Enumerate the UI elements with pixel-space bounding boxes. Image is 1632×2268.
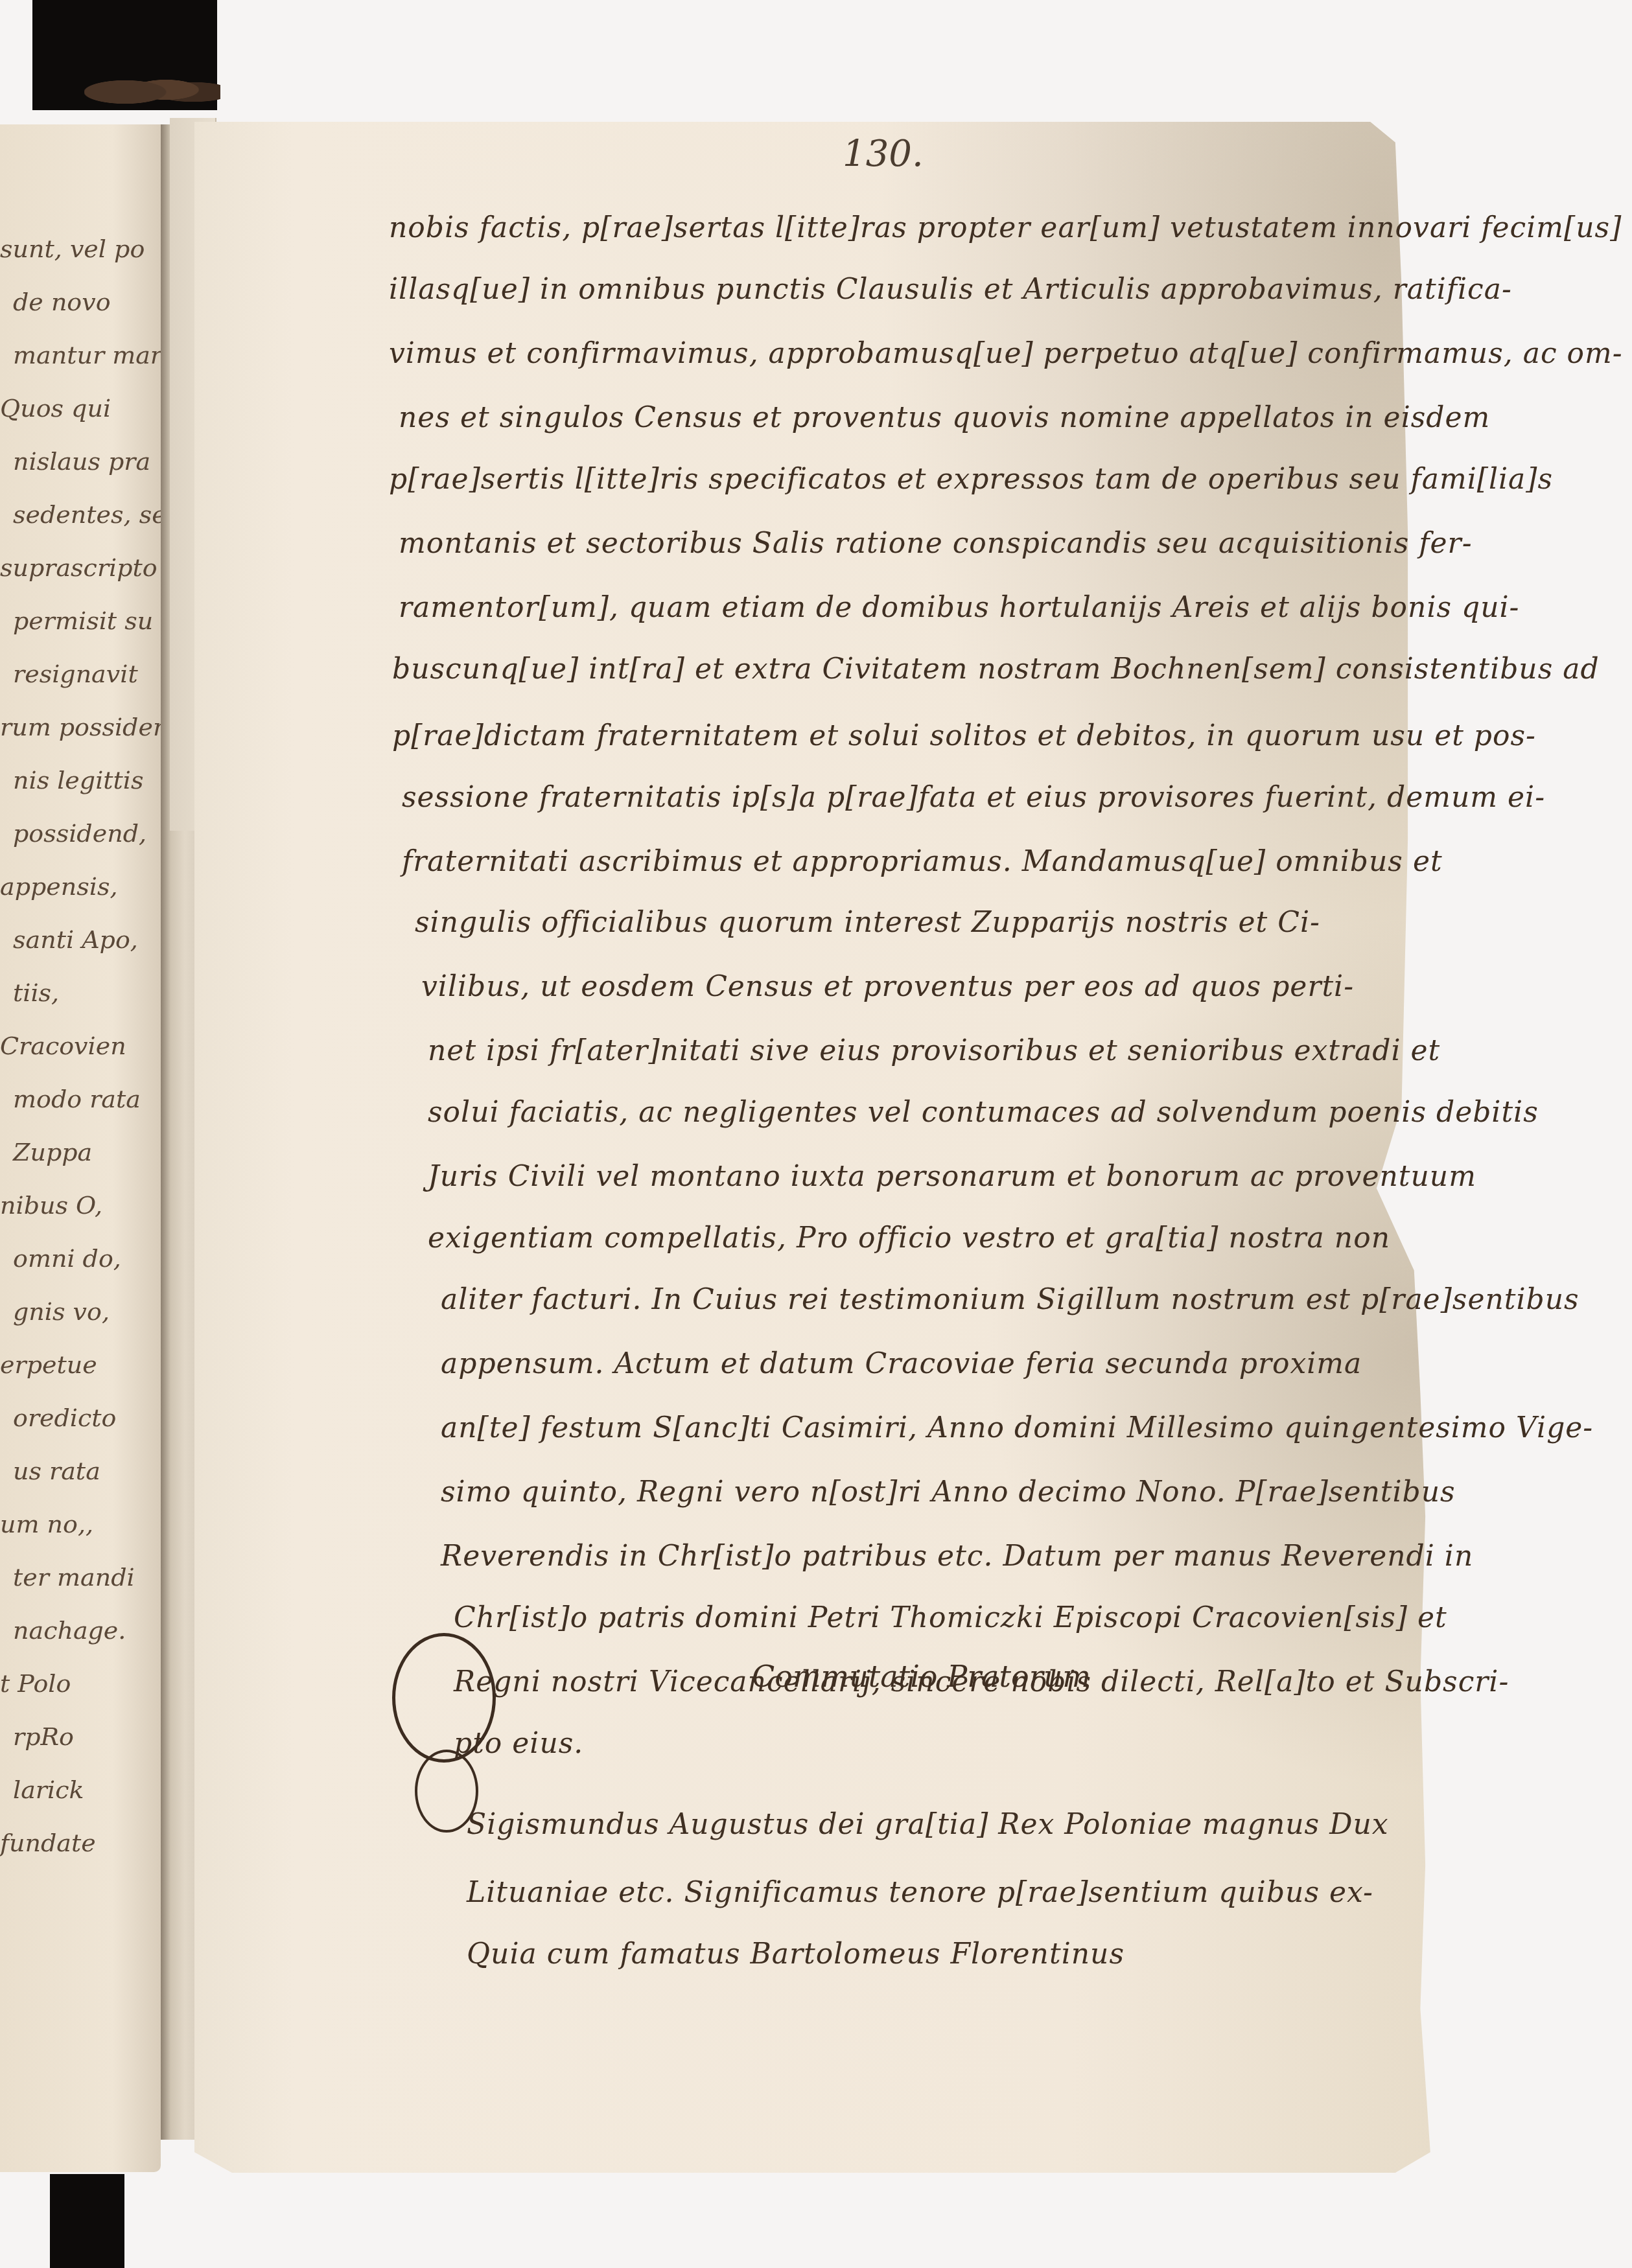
manuscript-line: vilibus, ut eosdem Census et proventus p… [421,970,1354,1003]
left-page-text-fragment: Cracovien [0,1032,126,1060]
left-page-text-fragment: nachage. [13,1616,126,1645]
manuscript-line: p[rae]dictam fraternitatem et solui soli… [392,719,1536,752]
manuscript-line: fraternitati ascribimus et appropriamus.… [402,845,1443,878]
manuscript-line: montanis et sectoribus Salis ratione con… [399,527,1473,560]
left-page-text-fragment: permisit su [13,607,153,635]
folio-number: 130. [843,133,924,175]
binding-top [32,0,217,110]
manuscript-line: illasq[ue] in omnibus punctis Clausulis … [389,273,1512,306]
manuscript-line: p[rae]sertis l[itte]ris specificatos et … [389,463,1553,496]
manuscript-line: vimus et confirmavimus, approbamusq[ue] … [389,337,1623,370]
left-page-text-fragment: modo rata [13,1085,141,1113]
left-page-text-fragment: santi Apo, [13,925,138,954]
left-page-text-fragment: erpetue [0,1350,97,1379]
left-page-text-fragment: gnis vo, [13,1297,110,1326]
left-page-text-fragment: possidend, [13,819,146,848]
manuscript-line: nobis factis, p[rae]sertas l[itte]ras pr… [389,211,1622,244]
left-page-text-fragment: us rata [13,1457,100,1485]
manuscript-line: solui faciatis, ac negligentes vel contu… [428,1096,1539,1129]
manuscript-line: Lituaniae etc. Significamus tenore p[rae… [467,1876,1373,1909]
manuscript-line: simo quinto, Regni vero n[ost]ri Anno de… [441,1475,1456,1509]
left-page-text-fragment: rpRo [13,1722,74,1751]
left-page-text-fragment: larick [13,1776,84,1804]
left-page-text-fragment: t Polo [0,1669,71,1698]
left-page-fragment: sunt, vel pode novomantur marQuos quinis… [0,124,161,2172]
left-page-text-fragment: fundate [0,1829,96,1857]
manuscript-line: ramentor[um], quam etiam de domibus hort… [399,591,1520,624]
manuscript-line: aliter facturi. In Cuius rei testimonium… [441,1283,1580,1316]
manuscript-line: nes et singulos Census et proventus quov… [399,401,1490,434]
left-page-text-fragment: mantur mar [13,341,162,369]
left-page-text-fragment: omni do, [13,1244,121,1273]
manuscript-line: singulis officialibus quorum interest Zu… [415,906,1320,939]
manuscript-line: net ipsi fr[ater]nitati sive eius provis… [428,1034,1440,1067]
bookmark-ribbon [50,2174,124,2268]
left-page-text-fragment: oredicto [13,1404,116,1432]
left-page-text-fragment: suprascripto [0,553,157,582]
binding-debris [84,65,220,110]
manuscript-line: Chr[ist]o patris domini Petri Thomiczki … [454,1601,1447,1634]
left-page-text-fragment: um no,, [0,1510,93,1538]
left-page-text-fragment: nislaus pra [13,447,150,476]
manuscript-line: buscunq[ue] int[ra] et extra Civitatem n… [392,653,1600,686]
left-page-text-fragment: tiis, [13,978,59,1007]
manuscript-line: appensum. Actum et datum Cracoviae feria… [441,1347,1362,1380]
section-heading: Commutatio Pratorum [752,1659,1091,1694]
left-page-text-fragment: nibus O, [0,1191,102,1220]
left-page-text-fragment: resignavit [13,660,138,688]
manuscript-line: Juris Civili vel montano iuxta personaru… [428,1160,1476,1193]
left-page-text-fragment: Zuppa [13,1138,92,1166]
left-page-text-fragment: ter mandi [13,1563,135,1591]
left-page-text-fragment: Quos qui [0,394,111,422]
manuscript-line: exigentiam compellatis, Pro officio vest… [428,1221,1390,1255]
left-page-text-fragment: nis legittis [13,766,144,794]
left-page-text-fragment: appensis, [0,872,118,901]
manuscript-line: sessione fraternitatis ip[s]a p[rae]fata… [402,781,1545,814]
manuscript-line: Sigismundus Augustus dei gra[tia] Rex Po… [467,1808,1389,1841]
manuscript-line: Quia cum famatus Bartolomeus Florentinus [467,1938,1125,1971]
left-page-text-fragment: de novo [13,288,111,316]
left-page-text-fragment: sedentes, sed [13,500,182,529]
left-page-text-fragment: sunt, vel po [0,235,145,263]
initial-S-flourish-top [392,1633,496,1763]
manuscript-line: an[te] festum S[anc]ti Casimiri, Anno do… [441,1411,1593,1444]
manuscript-line: Reverendis in Chr[ist]o patribus etc. Da… [441,1540,1473,1573]
left-page-text-fragment: rum possiden [0,713,169,741]
